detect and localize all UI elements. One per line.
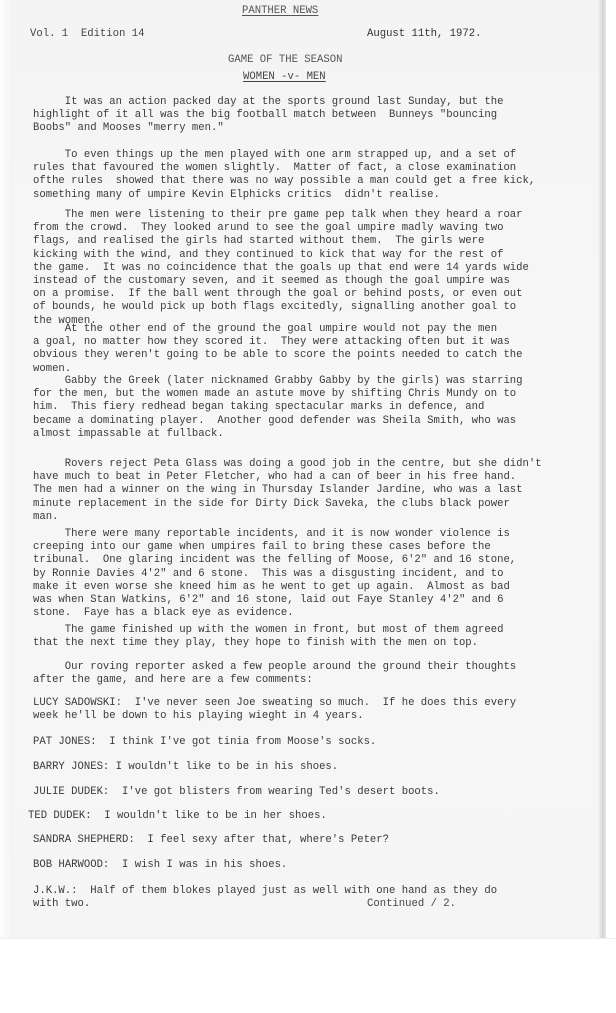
comment-line: J.K.W.: Half of them blokes played just …: [33, 885, 497, 898]
article-paragraph: Rovers reject Peta Glass was doing a goo…: [33, 458, 593, 524]
paragraph-line: The men had a winner on the wing in Thur…: [33, 484, 593, 497]
paragraph-line: There were many reportable incidents, an…: [33, 528, 593, 541]
article-paragraph: Our roving reporter asked a few people a…: [33, 661, 593, 687]
paragraph-line: kicking with the wind, and they continue…: [33, 249, 593, 262]
comment-item: TED DUDEK: I wouldn't like to be in her …: [28, 810, 327, 823]
article-title: GAME OF THE SEASON: [228, 54, 342, 67]
paragraph-line: the game. It was no coincidence that the…: [33, 262, 593, 275]
paragraph-line: To even things up the men played with on…: [33, 149, 593, 162]
paragraph-line: instead of the customary seven, and it s…: [33, 275, 593, 288]
comment-line: LUCY SADOWSKI: I've never seen Joe sweat…: [33, 697, 516, 710]
article-paragraph: It was an action packed day at the sport…: [33, 96, 593, 136]
comment-item: PAT JONES: I think I've got tinia from M…: [33, 736, 376, 749]
paragraph-line: highlight of it all was the big football…: [33, 109, 593, 122]
comment-item: LUCY SADOWSKI: I've never seen Joe sweat…: [33, 697, 516, 723]
article-paragraph: To even things up the men played with on…: [33, 149, 593, 202]
paragraph-line: for the men, but the women made an astut…: [33, 388, 593, 401]
paragraph-line: stone. Faye has a black eye as evidence.: [33, 607, 593, 620]
paragraph-line: make it even worse she kneed him as he w…: [33, 581, 593, 594]
article-paragraph: At the other end of the ground the goal …: [33, 323, 593, 376]
paragraph-line: on a promise. If the ball went through t…: [33, 288, 593, 301]
paragraph-line: something many of umpire Kevin Elphicks …: [33, 189, 593, 202]
paragraph-line: ofthe rules showed that there was no way…: [33, 175, 593, 188]
paragraph-line: The men were listening to their pre game…: [33, 209, 593, 222]
paragraph-line: almost impassable at fullback.: [33, 428, 593, 441]
paragraph-line: Gabby the Greek (later nicknamed Grabby …: [33, 375, 593, 388]
paragraph-line: man.: [33, 511, 593, 524]
paragraph-line: rules that favoured the women slightly. …: [33, 162, 593, 175]
paragraph-line: tribunal. One glaring incident was the f…: [33, 554, 593, 567]
comment-line: week he'll be down to his playing wieght…: [33, 710, 516, 723]
comment-line: TED DUDEK: I wouldn't like to be in her …: [28, 810, 327, 823]
paragraph-line: that the next time they play, they hope …: [33, 637, 593, 650]
continued-note: Continued / 2.: [367, 898, 456, 911]
paragraph-line: from the crowd. They looked arund to see…: [33, 222, 593, 235]
comment-line: SANDRA SHEPHERD: I feel sexy after that,…: [33, 834, 389, 847]
article-paragraph: There were many reportable incidents, an…: [33, 528, 593, 620]
paragraph-line: creeping into our game when umpires fail…: [33, 541, 593, 554]
comment-item: BOB HARWOOD: I wish I was in his shoes.: [33, 859, 287, 872]
paragraph-line: was when Stan Watkins, 6'2" and 16 stone…: [33, 594, 593, 607]
paragraph-line: have much to beat in Peter Fletcher, who…: [33, 471, 593, 484]
article-paragraph: The men were listening to their pre game…: [33, 209, 593, 328]
paragraph-line: obvious they weren't going to be able to…: [33, 349, 593, 362]
paragraph-line: him. This fiery redhead began taking spe…: [33, 401, 593, 414]
paragraph-line: a goal, no matter how they scored it. Th…: [33, 336, 593, 349]
paragraph-line: of bounds, he would pick up both flags e…: [33, 301, 593, 314]
article-paragraph: The game finished up with the women in f…: [33, 624, 593, 650]
paragraph-line: by Ronnie Davies 4'2" and 6 stone. This …: [33, 568, 593, 581]
comment-line: BARRY JONES: I wouldn't like to be in hi…: [33, 761, 338, 774]
page-bottom-edge: [0, 938, 616, 939]
volume-edition: Vol. 1 Edition 14: [30, 28, 144, 41]
paragraph-line: It was an action packed day at the sport…: [33, 96, 593, 109]
comment-item: SANDRA SHEPHERD: I feel sexy after that,…: [33, 834, 389, 847]
comment-line: BOB HARWOOD: I wish I was in his shoes.: [33, 859, 287, 872]
paragraph-line: At the other end of the ground the goal …: [33, 323, 593, 336]
comment-line: JULIE DUDEK: I've got blisters from wear…: [33, 786, 440, 799]
paragraph-line: women.: [33, 363, 593, 376]
comment-item: BARRY JONES: I wouldn't like to be in hi…: [33, 761, 338, 774]
article-subtitle: WOMEN -v- MEN: [243, 71, 326, 84]
comment-item: JULIE DUDEK: I've got blisters from wear…: [33, 786, 440, 799]
paragraph-line: Boobs" and Mooses "merry men.": [33, 122, 593, 135]
paragraph-line: after the game, and here are a few comme…: [33, 674, 593, 687]
issue-date: August 11th, 1972.: [367, 28, 481, 41]
paragraph-line: The game finished up with the women in f…: [33, 624, 593, 637]
article-paragraph: Gabby the Greek (later nicknamed Grabby …: [33, 375, 593, 441]
paragraph-line: minute replacement in the side for Dirty…: [33, 498, 593, 511]
paragraph-line: became a dominating player. Another good…: [33, 415, 593, 428]
paragraph-line: flags, and realised the girls had starte…: [33, 235, 593, 248]
scan-edge: [0, 0, 14, 938]
comment-line: PAT JONES: I think I've got tinia from M…: [33, 736, 376, 749]
newsletter-title: PANTHER NEWS: [242, 5, 318, 18]
paragraph-line: Our roving reporter asked a few people a…: [33, 661, 593, 674]
paragraph-line: Rovers reject Peta Glass was doing a goo…: [33, 458, 593, 471]
